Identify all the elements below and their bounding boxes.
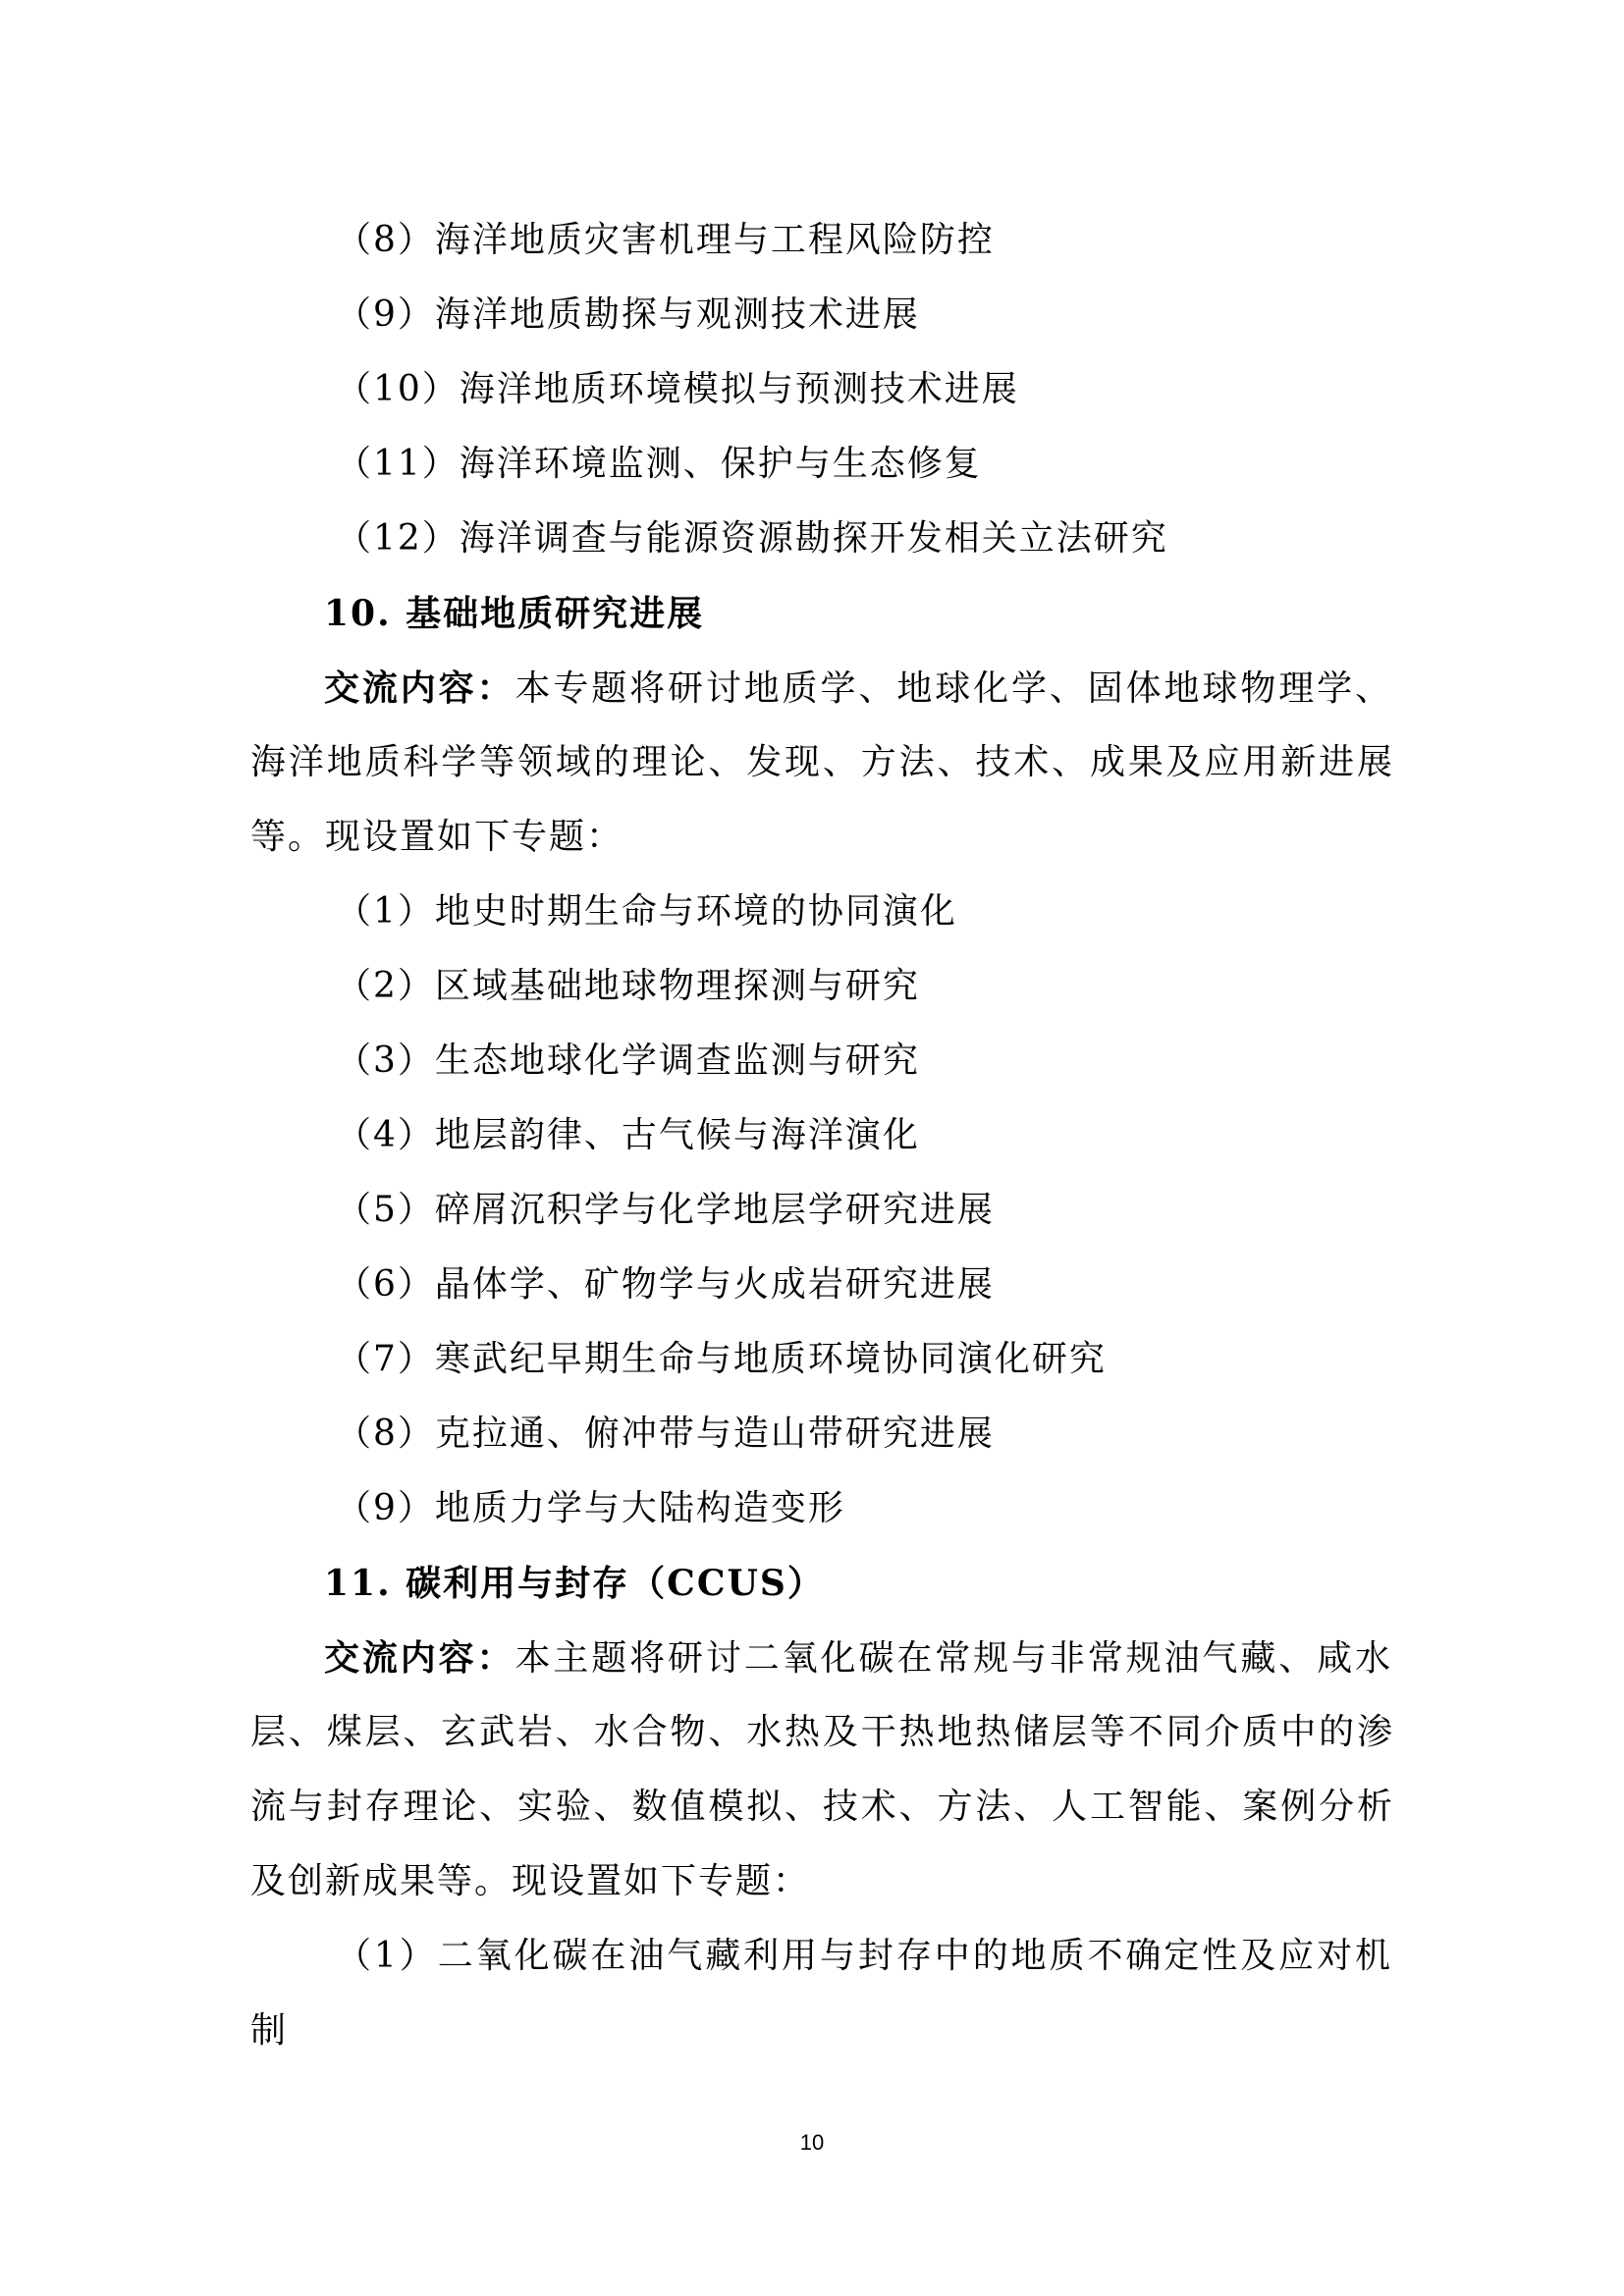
list-item: （6）晶体学、矿物学与火成岩研究进展 <box>336 1262 1480 1308</box>
page-number: 10 <box>0 2130 1624 2156</box>
list-item: （10）海洋地质环境模拟与预测技术进展 <box>336 367 1480 412</box>
list-item: （3）生态地球化学调查监测与研究 <box>336 1039 1480 1084</box>
document-page: （8）海洋地质灾害机理与工程风险防控 （9）海洋地质勘探与观测技术进展 （10）… <box>0 0 1624 2296</box>
list-item: （8）克拉通、俯冲带与造山带研究进展 <box>336 1412 1480 1457</box>
paragraph-line: 层、煤层、玄武岩、水合物、水热及干热地热储层等不同介质中的渗 <box>250 1710 1394 1755</box>
list-item: （7）寒武纪早期生命与地质环境协同演化研究 <box>336 1337 1480 1382</box>
list-item: （8）海洋地质灾害机理与工程风险防控 <box>336 218 1480 263</box>
list-item: （4）地层韵律、古气候与海洋演化 <box>336 1113 1480 1158</box>
list-item: （1）地史时期生命与环境的协同演化 <box>336 889 1480 934</box>
list-item: （9）地质力学与大陆构造变形 <box>336 1486 1480 1531</box>
paragraph-text: 本主题将研讨二氧化碳在常规与非常规油气藏、咸水 <box>514 1638 1392 1679</box>
list-item: （9）海洋地质勘探与观测技术进展 <box>336 293 1480 338</box>
paragraph-line: 等。现设置如下专题： <box>250 815 1394 860</box>
list-item: （1）二氧化碳在油气藏利用与封存中的地质不确定性及应对机 <box>336 1934 1392 1979</box>
list-item: （12）海洋调查与能源资源勘探开发相关立法研究 <box>336 516 1480 561</box>
paragraph-text: 本专题将研讨地质学、地球化学、固体地球物理学、 <box>514 668 1392 709</box>
list-item: （5）碎屑沉积学与化学地层学研究进展 <box>336 1188 1480 1233</box>
section-heading: 10. 基础地质研究进展 <box>324 591 1468 636</box>
list-item: （11）海洋环境监测、保护与生态修复 <box>336 442 1480 487</box>
paragraph-lead: 交流内容： <box>324 667 514 709</box>
section-heading: 11. 碳利用与封存（CCUS） <box>324 1561 1468 1606</box>
paragraph-line: 海洋地质科学等领域的理论、发现、方法、技术、成果及应用新进展 <box>250 740 1394 785</box>
list-item: （2）区域基础地球物理探测与研究 <box>336 964 1480 1009</box>
list-item-continuation: 制 <box>250 2008 1394 2054</box>
paragraph-line: 交流内容：本专题将研讨地质学、地球化学、固体地球物理学、 <box>324 666 1392 712</box>
paragraph-lead: 交流内容： <box>324 1637 514 1679</box>
paragraph-line: 及创新成果等。现设置如下专题： <box>250 1859 1394 1904</box>
paragraph-line: 流与封存理论、实验、数值模拟、技术、方法、人工智能、案例分析 <box>250 1785 1394 1830</box>
paragraph-line: 交流内容：本主题将研讨二氧化碳在常规与非常规油气藏、咸水 <box>324 1635 1392 1682</box>
